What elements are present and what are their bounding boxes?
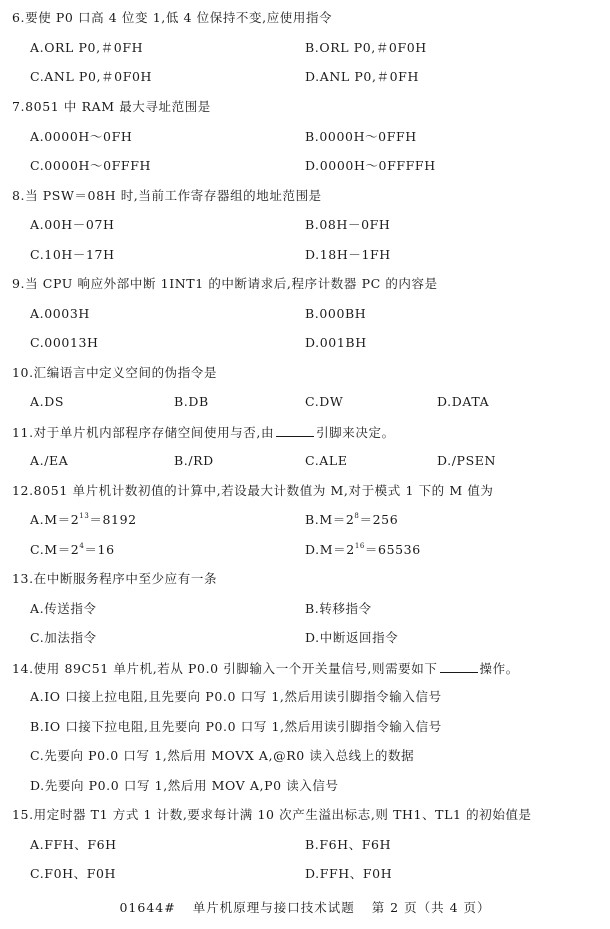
exam-code: 01644# <box>119 900 175 915</box>
question-8-option-c: C.10H－17H <box>30 245 115 265</box>
question-13-option-a: A.传送指令 <box>30 599 97 619</box>
question-9-option-d: D.001BH <box>305 333 367 353</box>
question-10-stem: 10.汇编语言中定义空间的伪指令是 <box>12 363 217 383</box>
question-12-stem: 12.8051 单片机计数初值的计算中,若设最大计数值为 M,对于模式 1 下的… <box>12 481 494 501</box>
question-14-option-c: C.先要向 P0.0 口写 1,然后用 MOVX A,@R0 读入总线上的数据 <box>30 746 414 766</box>
question-14-stem-before: 14.使用 89C51 单片机,若从 P0.0 引脚输入一个开关量信号,则需要如… <box>12 661 438 676</box>
option-text: ＝8192 <box>89 512 136 527</box>
option-text: B.M＝2 <box>305 512 354 527</box>
question-14-option-b: B.IO 口接下拉电阻,且先要向 P0.0 口写 1,然后用读引脚指令输入信号 <box>30 717 442 737</box>
question-12-option-c: C.M＝24＝16 <box>30 540 115 560</box>
question-12-option-b: B.M＝28＝256 <box>305 510 398 530</box>
exponent: 13 <box>79 512 89 520</box>
question-7-option-b: B.0000H～0FFH <box>305 127 417 147</box>
question-11-stem-before: 11.对于单片机内部程序存储空间使用与否,由 <box>12 425 274 440</box>
question-10-option-c: C.DW <box>305 392 343 412</box>
question-7-option-c: C.0000H～0FFFH <box>30 156 151 176</box>
question-8-option-d: D.18H－1FH <box>305 245 391 265</box>
question-11-stem: 11.对于单片机内部程序存储空间使用与否,由引脚来决定。 <box>12 422 395 442</box>
question-11-option-b: B./RD <box>174 451 214 471</box>
question-15-option-b: B.F6H、F6H <box>305 835 391 855</box>
exponent: 16 <box>355 542 365 550</box>
question-8-option-b: B.08H－0FH <box>305 215 390 235</box>
option-text: D.M＝2 <box>305 542 355 557</box>
question-15-stem: 15.用定时器 T1 方式 1 计数,要求每计满 10 次产生溢出标志,则 TH… <box>12 805 532 825</box>
question-11-option-d: D./PSEN <box>437 451 496 471</box>
question-11-stem-after: 引脚来决定。 <box>316 425 395 440</box>
question-11-option-c: C.ALE <box>305 451 348 471</box>
question-10-option-b: B.DB <box>174 392 209 412</box>
fill-in-blank <box>276 422 314 437</box>
option-text: A.M＝2 <box>30 512 79 527</box>
question-12-option-a: A.M＝213＝8192 <box>30 510 137 530</box>
question-9-option-a: A.0003H <box>30 304 90 324</box>
question-14-option-a: A.IO 口接上拉电阻,且先要向 P0.0 口写 1,然后用读引脚指令输入信号 <box>30 687 442 707</box>
option-text: ＝65536 <box>365 542 421 557</box>
question-6-option-a: A.ORL P0,＃0FH <box>30 38 143 58</box>
question-15-option-c: C.F0H、F0H <box>30 864 116 884</box>
question-10-option-d: D.DATA <box>437 392 489 412</box>
question-15-option-a: A.FFH、F6H <box>30 835 117 855</box>
question-12-option-d: D.M＝216＝65536 <box>305 540 421 560</box>
question-9-option-b: B.000BH <box>305 304 366 324</box>
option-text: ＝16 <box>84 542 114 557</box>
question-13-option-d: D.中断返回指令 <box>305 628 398 648</box>
question-8-stem: 8.当 PSW＝08H 时,当前工作寄存器组的地址范围是 <box>12 186 322 206</box>
question-6-option-b: B.ORL P0,＃0F0H <box>305 38 427 58</box>
question-7-stem: 7.8051 中 RAM 最大寻址范围是 <box>12 97 211 117</box>
option-text: ＝256 <box>359 512 398 527</box>
fill-in-blank <box>440 658 478 673</box>
question-13-stem: 13.在中断服务程序中至少应有一条 <box>12 569 217 589</box>
question-9-stem: 9.当 CPU 响应外部中断 1INT1 的中断请求后,程序计数器 PC 的内容… <box>12 274 438 294</box>
question-7-option-a: A.0000H～0FH <box>30 127 132 147</box>
question-6-option-d: D.ANL P0,＃0FH <box>305 67 419 87</box>
question-14-stem: 14.使用 89C51 单片机,若从 P0.0 引脚输入一个开关量信号,则需要如… <box>12 658 519 678</box>
option-text: C.M＝2 <box>30 542 79 557</box>
question-8-option-a: A.00H－07H <box>30 215 115 235</box>
question-13-option-c: C.加法指令 <box>30 628 97 648</box>
question-6-option-c: C.ANL P0,＃0F0H <box>30 67 152 87</box>
question-14-stem-after: 操作。 <box>480 661 519 676</box>
exam-page: 6.要使 P0 口高 4 位变 1,低 4 位保持不变,应使用指令 A.ORL … <box>0 0 610 929</box>
page-footer: 01644# 单片机原理与接口技术试题 第 2 页（共 4 页） <box>0 898 610 918</box>
question-11-option-a: A./EA <box>30 451 68 471</box>
exam-subject: 单片机原理与接口技术试题 <box>193 900 355 915</box>
question-7-option-d: D.0000H～0FFFFH <box>305 156 436 176</box>
question-6-stem: 6.要使 P0 口高 4 位变 1,低 4 位保持不变,应使用指令 <box>12 8 332 28</box>
question-13-option-b: B.转移指令 <box>305 599 372 619</box>
question-15-option-d: D.FFH、F0H <box>305 864 392 884</box>
question-9-option-c: C.00013H <box>30 333 99 353</box>
question-14-option-d: D.先要向 P0.0 口写 1,然后用 MOV A,P0 读入信号 <box>30 776 339 796</box>
page-number: 第 2 页（共 4 页） <box>372 900 491 915</box>
question-10-option-a: A.DS <box>30 392 64 412</box>
